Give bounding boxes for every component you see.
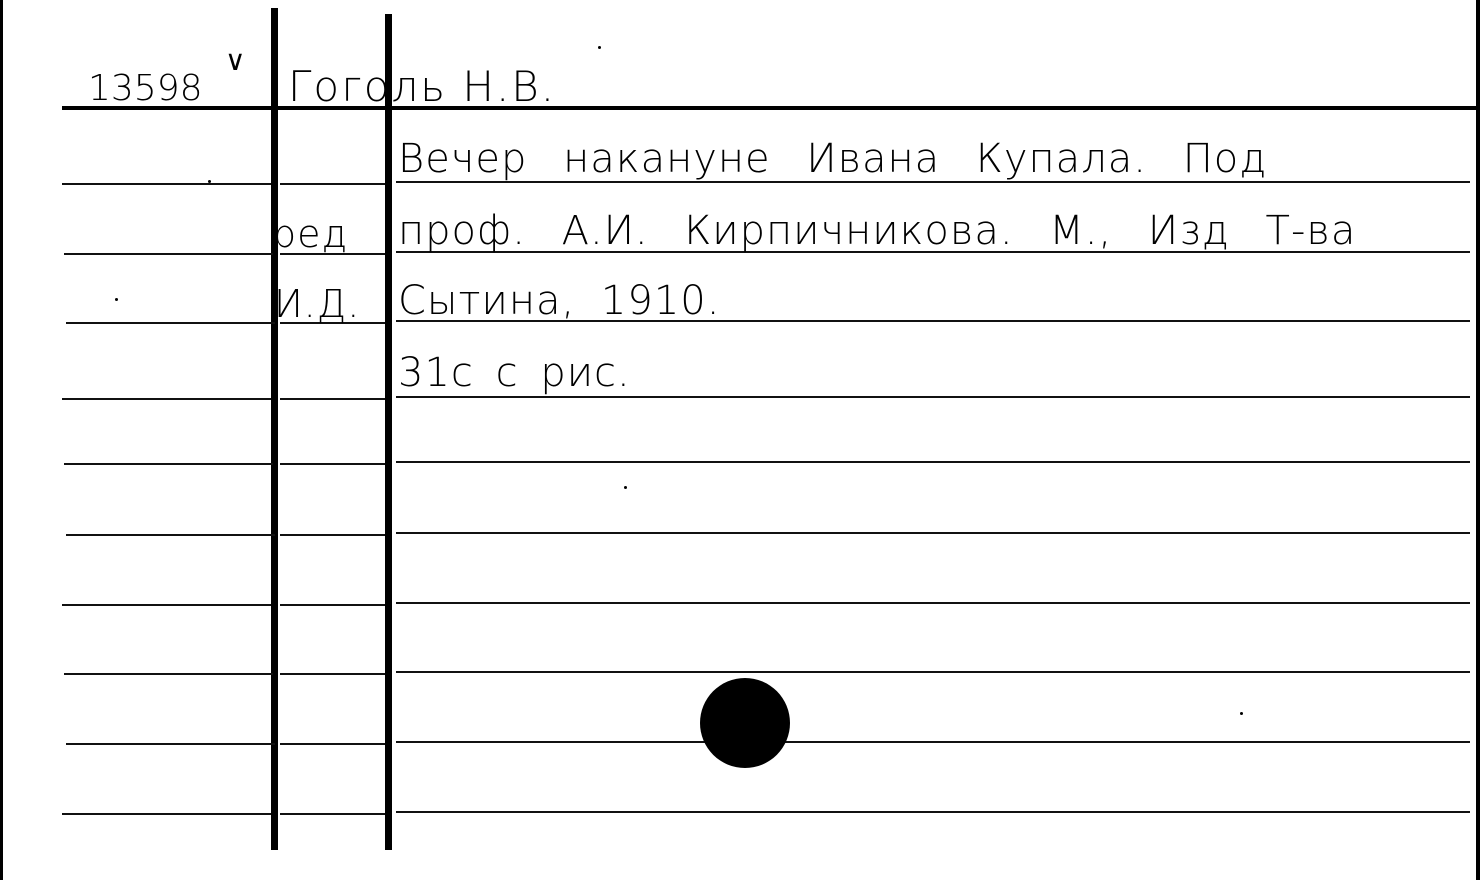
ruled-line	[66, 322, 275, 324]
heading-rule	[62, 106, 1476, 110]
margin-note-editor: ред	[272, 212, 348, 256]
punch-hole-icon	[700, 678, 790, 768]
ruled-line	[396, 671, 1470, 673]
ruled-line	[66, 534, 275, 536]
ruled-line	[62, 183, 271, 185]
column-rule-margin	[385, 14, 392, 850]
ruled-line	[396, 602, 1470, 604]
ruled-line	[396, 461, 1470, 463]
scan-speck	[115, 298, 118, 301]
catalog-card: 13598 ∨ Гоголь Н.В. ред И.Д. Вечер накан…	[0, 0, 1480, 880]
entry-line-title: Вечер накануне Ивана Купала. Под	[398, 136, 1267, 182]
ruled-line	[66, 743, 275, 745]
ruled-line	[280, 813, 385, 815]
ruled-line	[280, 604, 385, 606]
call-number: 13598	[88, 68, 203, 109]
scan-speck	[624, 486, 627, 489]
card-left-edge	[0, 0, 3, 880]
ruled-line	[396, 811, 1470, 813]
ruled-line	[62, 398, 271, 400]
card-right-edge	[1476, 0, 1480, 880]
ruled-line	[280, 534, 385, 536]
column-rule-call-number	[271, 8, 278, 850]
margin-note-initials: И.Д.	[274, 282, 360, 326]
ruled-line	[62, 813, 271, 815]
entry-line-editor: проф. А.И. Кирпичникова. М., Изд Т-ва	[398, 208, 1356, 254]
check-mark-icon: ∨	[225, 44, 247, 77]
ruled-line	[280, 743, 385, 745]
ruled-line	[396, 741, 1470, 743]
ruled-line	[280, 463, 385, 465]
ruled-line	[280, 673, 385, 675]
ruled-line	[396, 396, 1470, 398]
ruled-line	[64, 463, 273, 465]
ruled-line	[280, 183, 385, 185]
ruled-line	[62, 604, 271, 606]
ruled-line	[396, 532, 1470, 534]
ruled-line	[64, 253, 273, 255]
entry-line-pagination: 31с с рис.	[398, 350, 631, 396]
scan-speck	[208, 180, 211, 183]
scan-speck	[598, 46, 601, 49]
entry-line-publisher-year: Сытина, 1910.	[398, 278, 720, 324]
ruled-line	[64, 673, 273, 675]
author-heading: Гоголь Н.В.	[288, 62, 556, 111]
ruled-line	[280, 398, 385, 400]
scan-speck	[1240, 712, 1243, 715]
